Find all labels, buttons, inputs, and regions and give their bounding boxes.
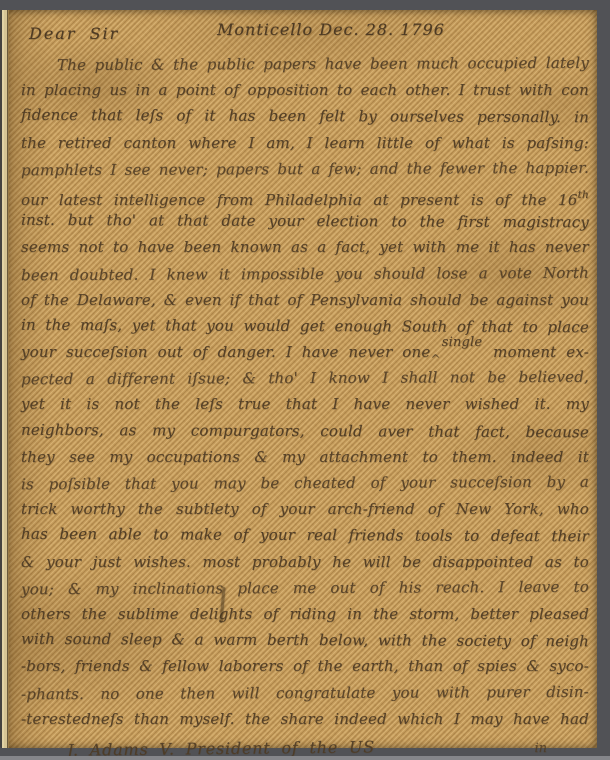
letter-line-segment-ins: single bbox=[442, 331, 483, 355]
letter-line-segment: our latest intelligence from Philadelphi… bbox=[21, 191, 578, 209]
letter-line: with sound sleep & a warm berth below, w… bbox=[21, 627, 589, 656]
letter-line: yet it is not the leſs true that I have … bbox=[21, 392, 589, 418]
letter-line-segment-sup: th bbox=[578, 189, 589, 201]
letter-line: your succeſsion out of danger. I have ne… bbox=[21, 340, 589, 366]
letter-line: has been able to make of your real frien… bbox=[21, 522, 589, 551]
letter-line: been doubted. I knew it impossible you s… bbox=[21, 260, 589, 289]
letter-line-segment: your succeſsion out of danger. I have ne… bbox=[21, 343, 430, 361]
letter-line: pected a different iſsue; & tho' I know … bbox=[21, 365, 589, 394]
letter-line: in placing us in a point of opposition t… bbox=[21, 78, 589, 104]
scanned-letter: Dear Sir Monticello Dec. 28. 1796 The pu… bbox=[0, 0, 610, 760]
letter-line: -bors, friends & fellow laborers of the … bbox=[21, 654, 589, 680]
letter-line: of the Delaware, & even if that of Pensy… bbox=[21, 288, 589, 314]
dateline: Monticello Dec. 28. 1796 bbox=[217, 20, 445, 39]
letter-body: The public & the public papers have been… bbox=[21, 52, 589, 733]
letter-line: -phants. no one then will congratulate y… bbox=[21, 679, 589, 708]
catchword: in bbox=[534, 741, 547, 756]
letter-line: they see my occupations & my attachment … bbox=[21, 445, 589, 471]
letter-line: The public & the public papers have been… bbox=[21, 51, 589, 80]
page-edge-strip bbox=[0, 10, 9, 748]
letter-line: seems not to have been known as a fact, … bbox=[21, 235, 589, 261]
letter-page: Dear Sir Monticello Dec. 28. 1796 The pu… bbox=[9, 10, 597, 748]
letter-line: in the maſs, yet that you would get enou… bbox=[21, 313, 589, 342]
letter-line: the retired canton where I am, I learn l… bbox=[21, 131, 589, 157]
letter-line: pamphlets I see never; papers but a few;… bbox=[21, 156, 589, 185]
letter-line: is poſsible that you may be cheated of y… bbox=[21, 470, 589, 499]
letter-line-segment-caret: ^ bbox=[430, 352, 440, 366]
letter-line: our latest intelligence from Philadelphi… bbox=[21, 183, 589, 209]
letter-line: you; & my inclinations place me out of h… bbox=[21, 575, 589, 604]
letter-footer: J. Adams V. President of the US in bbox=[21, 735, 589, 760]
letter-line: neighbors, as my compurgators, could ave… bbox=[21, 417, 589, 446]
letter-line: inst. but tho' at that date your electio… bbox=[21, 208, 589, 237]
letter-line: & your just wishes. most probably he wil… bbox=[21, 550, 589, 576]
address-line: J. Adams V. President of the US bbox=[67, 738, 375, 760]
salutation: Dear Sir bbox=[29, 24, 119, 43]
letter-header: Dear Sir Monticello Dec. 28. 1796 bbox=[21, 18, 589, 52]
letter-line: others the sublime delights of riding in… bbox=[21, 602, 589, 628]
letter-line: -terestedneſs than myself. the share ind… bbox=[21, 707, 589, 733]
letter-line: trick worthy the subtlety of your arch-f… bbox=[21, 497, 589, 523]
letter-line: fidence that leſs of it has been felt by… bbox=[21, 103, 589, 132]
letter-line-segment: moment ex- bbox=[483, 343, 589, 361]
